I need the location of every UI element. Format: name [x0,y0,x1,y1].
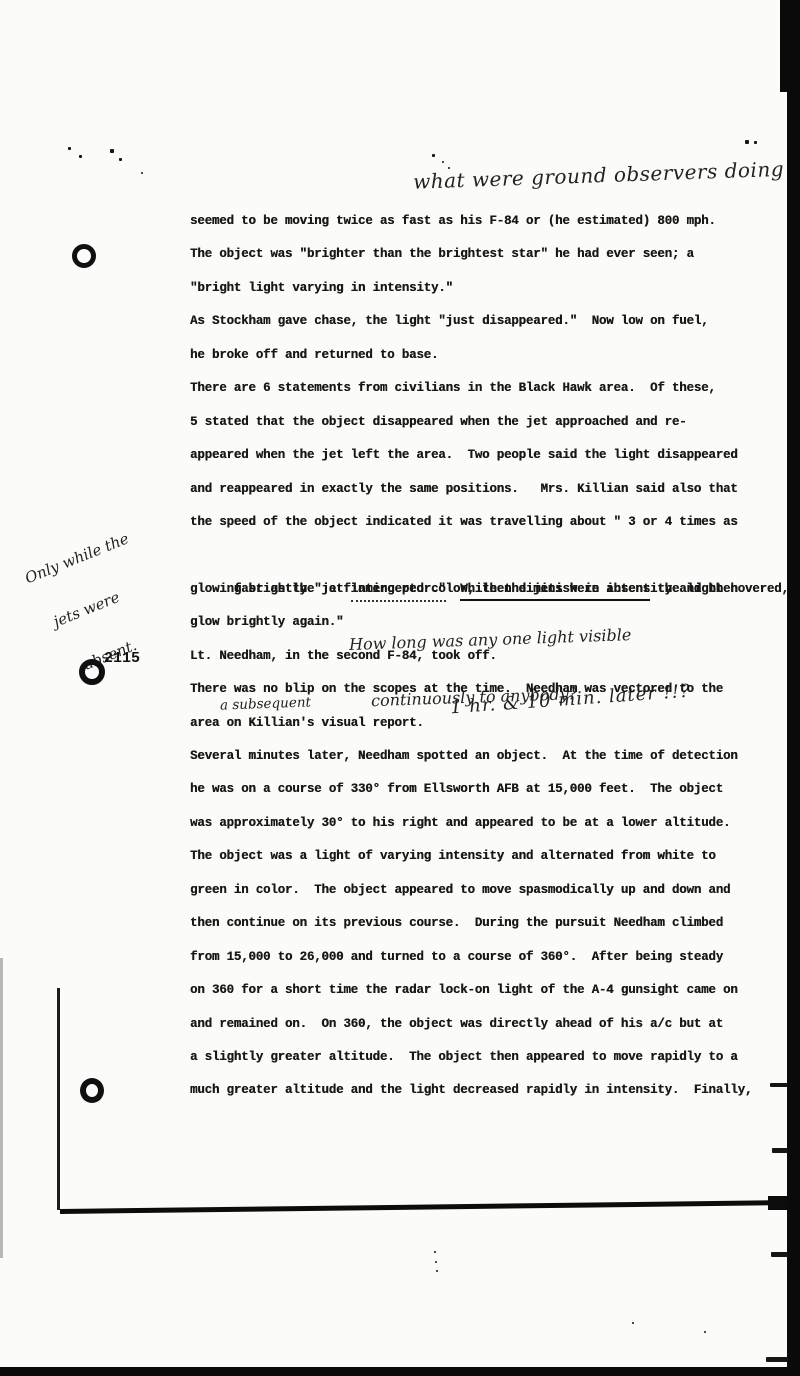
typed-line: was approximately 30° to his right and a… [190,807,770,840]
typed-line: from 15,000 to 26,000 and turned to a co… [190,941,770,974]
ink-speck [434,1251,436,1253]
ink-speck [771,1252,788,1257]
typed-line: Lt. Needham, in the second F-84, took of… [190,640,770,673]
typed-line: green in color. The object appeared to m… [190,874,770,907]
typed-line: and remained on. On 360, the object was … [190,1008,770,1041]
ink-speck [436,1270,438,1272]
typed-line: Several minutes later, Needham spotted a… [190,740,770,773]
ink-speck [442,161,444,163]
ink-speck [432,154,435,157]
margin-note-line: jets were [51,577,150,630]
ink-speck [704,1331,706,1333]
scan-edge-left-faint [0,958,3,1258]
ink-speck [79,155,82,158]
scan-edge-right [787,0,800,1376]
ink-speck [772,1148,788,1153]
typed-line: glow brightly again." [190,606,770,639]
typed-line: and reappeared in exactly the same posit… [190,473,770,506]
margin-time-2115: 2115 [104,650,140,667]
typed-line: area on Killian's visual report. [190,707,770,740]
scan-edge-right-top [780,0,800,92]
left-margin-rule [57,988,60,1210]
ink-speck [754,141,757,144]
hole-punch-mark [72,244,96,268]
typed-line: The object was "brighter than the bright… [190,238,770,271]
handwritten-top-question: what were ground observers doing ! [413,156,800,193]
hole-punch-mark [79,659,105,685]
typed-line: There are 6 statements from civilians in… [190,372,770,405]
ink-speck [770,1083,788,1087]
typed-line: he was on a course of 330° from Ellswort… [190,773,770,806]
typed-line: seemed to be moving twice as fast as his… [190,205,770,238]
typed-line: There was no blip on the scopes at the t… [190,673,770,706]
typed-line-with-underlines: fast as the jet interceptor." While the … [190,539,770,572]
typed-line: the speed of the object indicated it was… [190,506,770,539]
ink-speck [119,158,122,161]
typed-line: glowing brightly " a flaming red color, … [190,573,770,606]
end-of-text-rule-blob [768,1196,788,1210]
scan-edge-bottom [0,1367,800,1376]
ink-speck [632,1322,634,1324]
scanned-document-page: what were ground observers doing ! Only … [0,0,800,1376]
ink-speck [745,140,749,144]
ink-speck [766,1357,788,1362]
ink-speck [141,172,143,174]
typed-line: 5 stated that the object disappeared whe… [190,406,770,439]
ink-speck [435,1261,437,1263]
typed-line: on 360 for a short time the radar lock-o… [190,974,770,1007]
typed-line: he broke off and returned to base. [190,339,770,372]
ink-speck [110,149,114,153]
typed-line: The object was a light of varying intens… [190,840,770,873]
typed-line: much greater altitude and the light decr… [190,1074,770,1107]
typed-line: a slightly greater altitude. The object … [190,1041,770,1074]
hole-punch-mark [80,1078,104,1103]
ink-speck [68,147,71,150]
typed-line: As Stockham gave chase, the light "just … [190,305,770,338]
end-of-text-rule [60,1200,782,1214]
typed-line: "bright light varying in intensity." [190,272,770,305]
ink-speck [448,167,450,169]
typed-body-text: seemed to be moving twice as fast as his… [190,205,770,1108]
typed-line: then continue on its previous course. Du… [190,907,770,940]
margin-note-line: Only while the [23,530,132,587]
typed-line: appeared when the jet left the area. Two… [190,439,770,472]
